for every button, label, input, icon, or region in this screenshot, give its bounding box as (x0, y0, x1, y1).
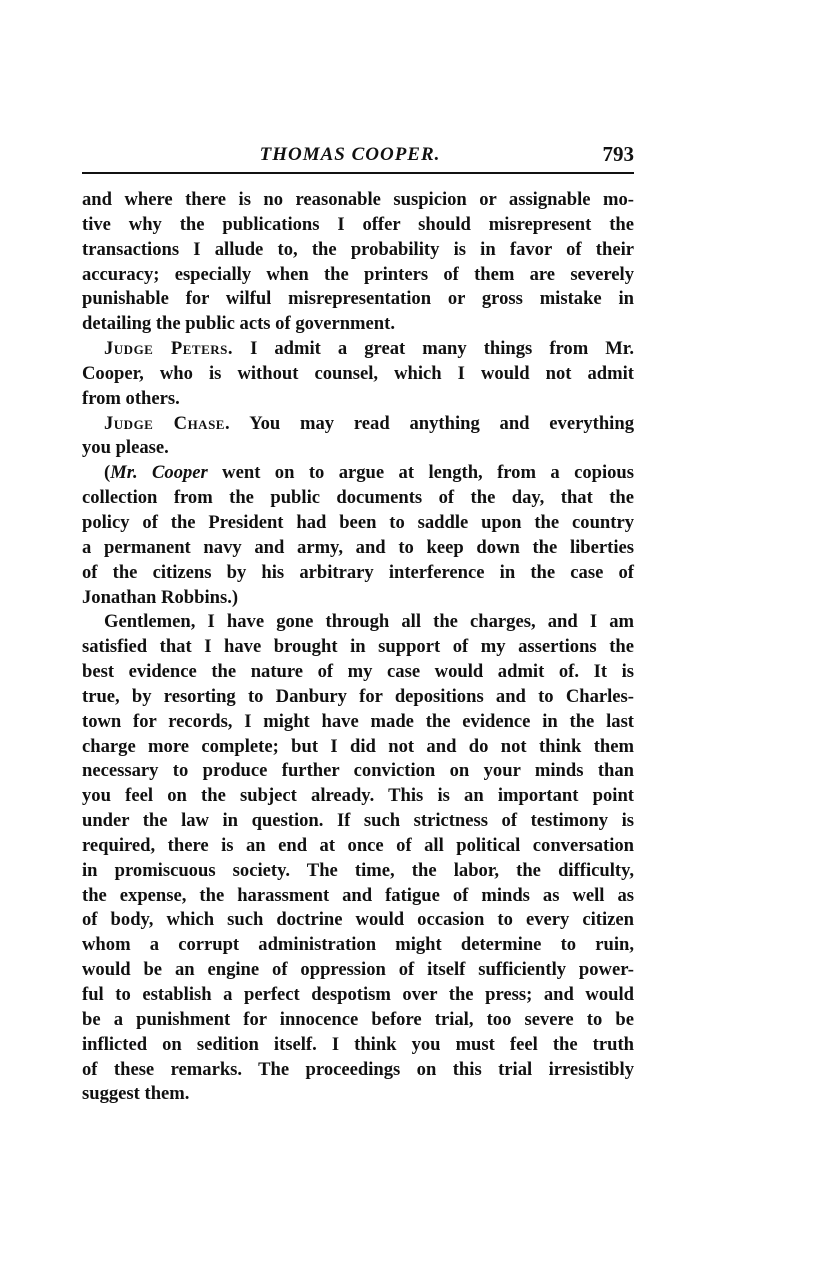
text-line: accuracy; especially when the printers o… (82, 263, 634, 288)
text-line: you please. (82, 436, 634, 461)
text-line: required, there is an end at once of all… (82, 834, 634, 859)
body-text: and where there is no reasonable suspici… (82, 188, 634, 1107)
line-text: went on to argue at length, from a copio… (208, 462, 634, 483)
header-rule (82, 172, 634, 174)
text-line: true, by resorting to Danbury for deposi… (82, 685, 634, 710)
text-line: (Mr. Cooper went on to argue at length, … (82, 461, 634, 486)
text-line: of these remarks. The proceedings on thi… (82, 1058, 634, 1083)
text-line: satisfied that I have brought in support… (82, 635, 634, 660)
text-line: of body, which such doctrine would occas… (82, 908, 634, 933)
speaker-name: Judge Chase. (104, 413, 230, 434)
text-line: whom a corrupt administration might dete… (82, 933, 634, 958)
text-line: transactions I allude to, the probabilit… (82, 238, 634, 263)
text-line: Cooper, who is without counsel, which I … (82, 362, 634, 387)
paragraph-2: Judge Peters. I admit a great many thing… (82, 337, 634, 412)
page-number: 793 (603, 142, 635, 167)
line-text: I admit a great many things from Mr. (233, 338, 634, 359)
text-line: the expense, the harassment and fatigue … (82, 884, 634, 909)
text-line: and where there is no reasonable suspici… (82, 188, 634, 213)
text-line: would be an engine of oppression of itse… (82, 958, 634, 983)
paragraph-4: (Mr. Cooper went on to argue at length, … (82, 461, 634, 610)
text-line: Judge Chase. You may read anything and e… (82, 412, 634, 437)
text-line: from others. (82, 387, 634, 412)
running-title: THOMAS COOPER. (82, 144, 634, 166)
italic-name: Mr. Cooper (110, 462, 208, 483)
text-line: be a punishment for innocence before tri… (82, 1008, 634, 1033)
text-line: necessary to produce further conviction … (82, 759, 634, 784)
text-line: detailing the public acts of government. (82, 312, 634, 337)
text-line: policy of the President had been to sadd… (82, 511, 634, 536)
text-line: Jonathan Robbins.) (82, 586, 634, 611)
text-line: best evidence the nature of my case woul… (82, 660, 634, 685)
book-page: THOMAS COOPER. 793 and where there is no… (82, 140, 634, 170)
text-line: under the law in question. If such stric… (82, 809, 634, 834)
text-line: Gentlemen, I have gone through all the c… (82, 610, 634, 635)
text-line: in promiscuous society. The time, the la… (82, 859, 634, 884)
text-line: a permanent navy and army, and to keep d… (82, 536, 634, 561)
text-line: town for records, I might have made the … (82, 710, 634, 735)
text-line: inflicted on sedition itself. I think yo… (82, 1033, 634, 1058)
text-line: suggest them. (82, 1082, 634, 1107)
paragraph-1: and where there is no reasonable suspici… (82, 188, 634, 337)
speaker-name: Judge Peters. (104, 338, 233, 359)
text-line: tive why the publications I offer should… (82, 213, 634, 238)
text-line: collection from the public documents of … (82, 486, 634, 511)
line-text: You may read anything and everything (230, 413, 634, 434)
paragraph-3: Judge Chase. You may read anything and e… (82, 412, 634, 462)
running-head: THOMAS COOPER. 793 (82, 140, 634, 170)
text-line: you feel on the subject already. This is… (82, 784, 634, 809)
text-line: ful to establish a perfect despotism ove… (82, 983, 634, 1008)
text-line: Judge Peters. I admit a great many thing… (82, 337, 634, 362)
paragraph-5: Gentlemen, I have gone through all the c… (82, 610, 634, 1107)
text-line: of the citizens by his arbitrary interfe… (82, 561, 634, 586)
text-line: punishable for wilful misrepresentation … (82, 287, 634, 312)
text-line: charge more complete; but I did not and … (82, 735, 634, 760)
